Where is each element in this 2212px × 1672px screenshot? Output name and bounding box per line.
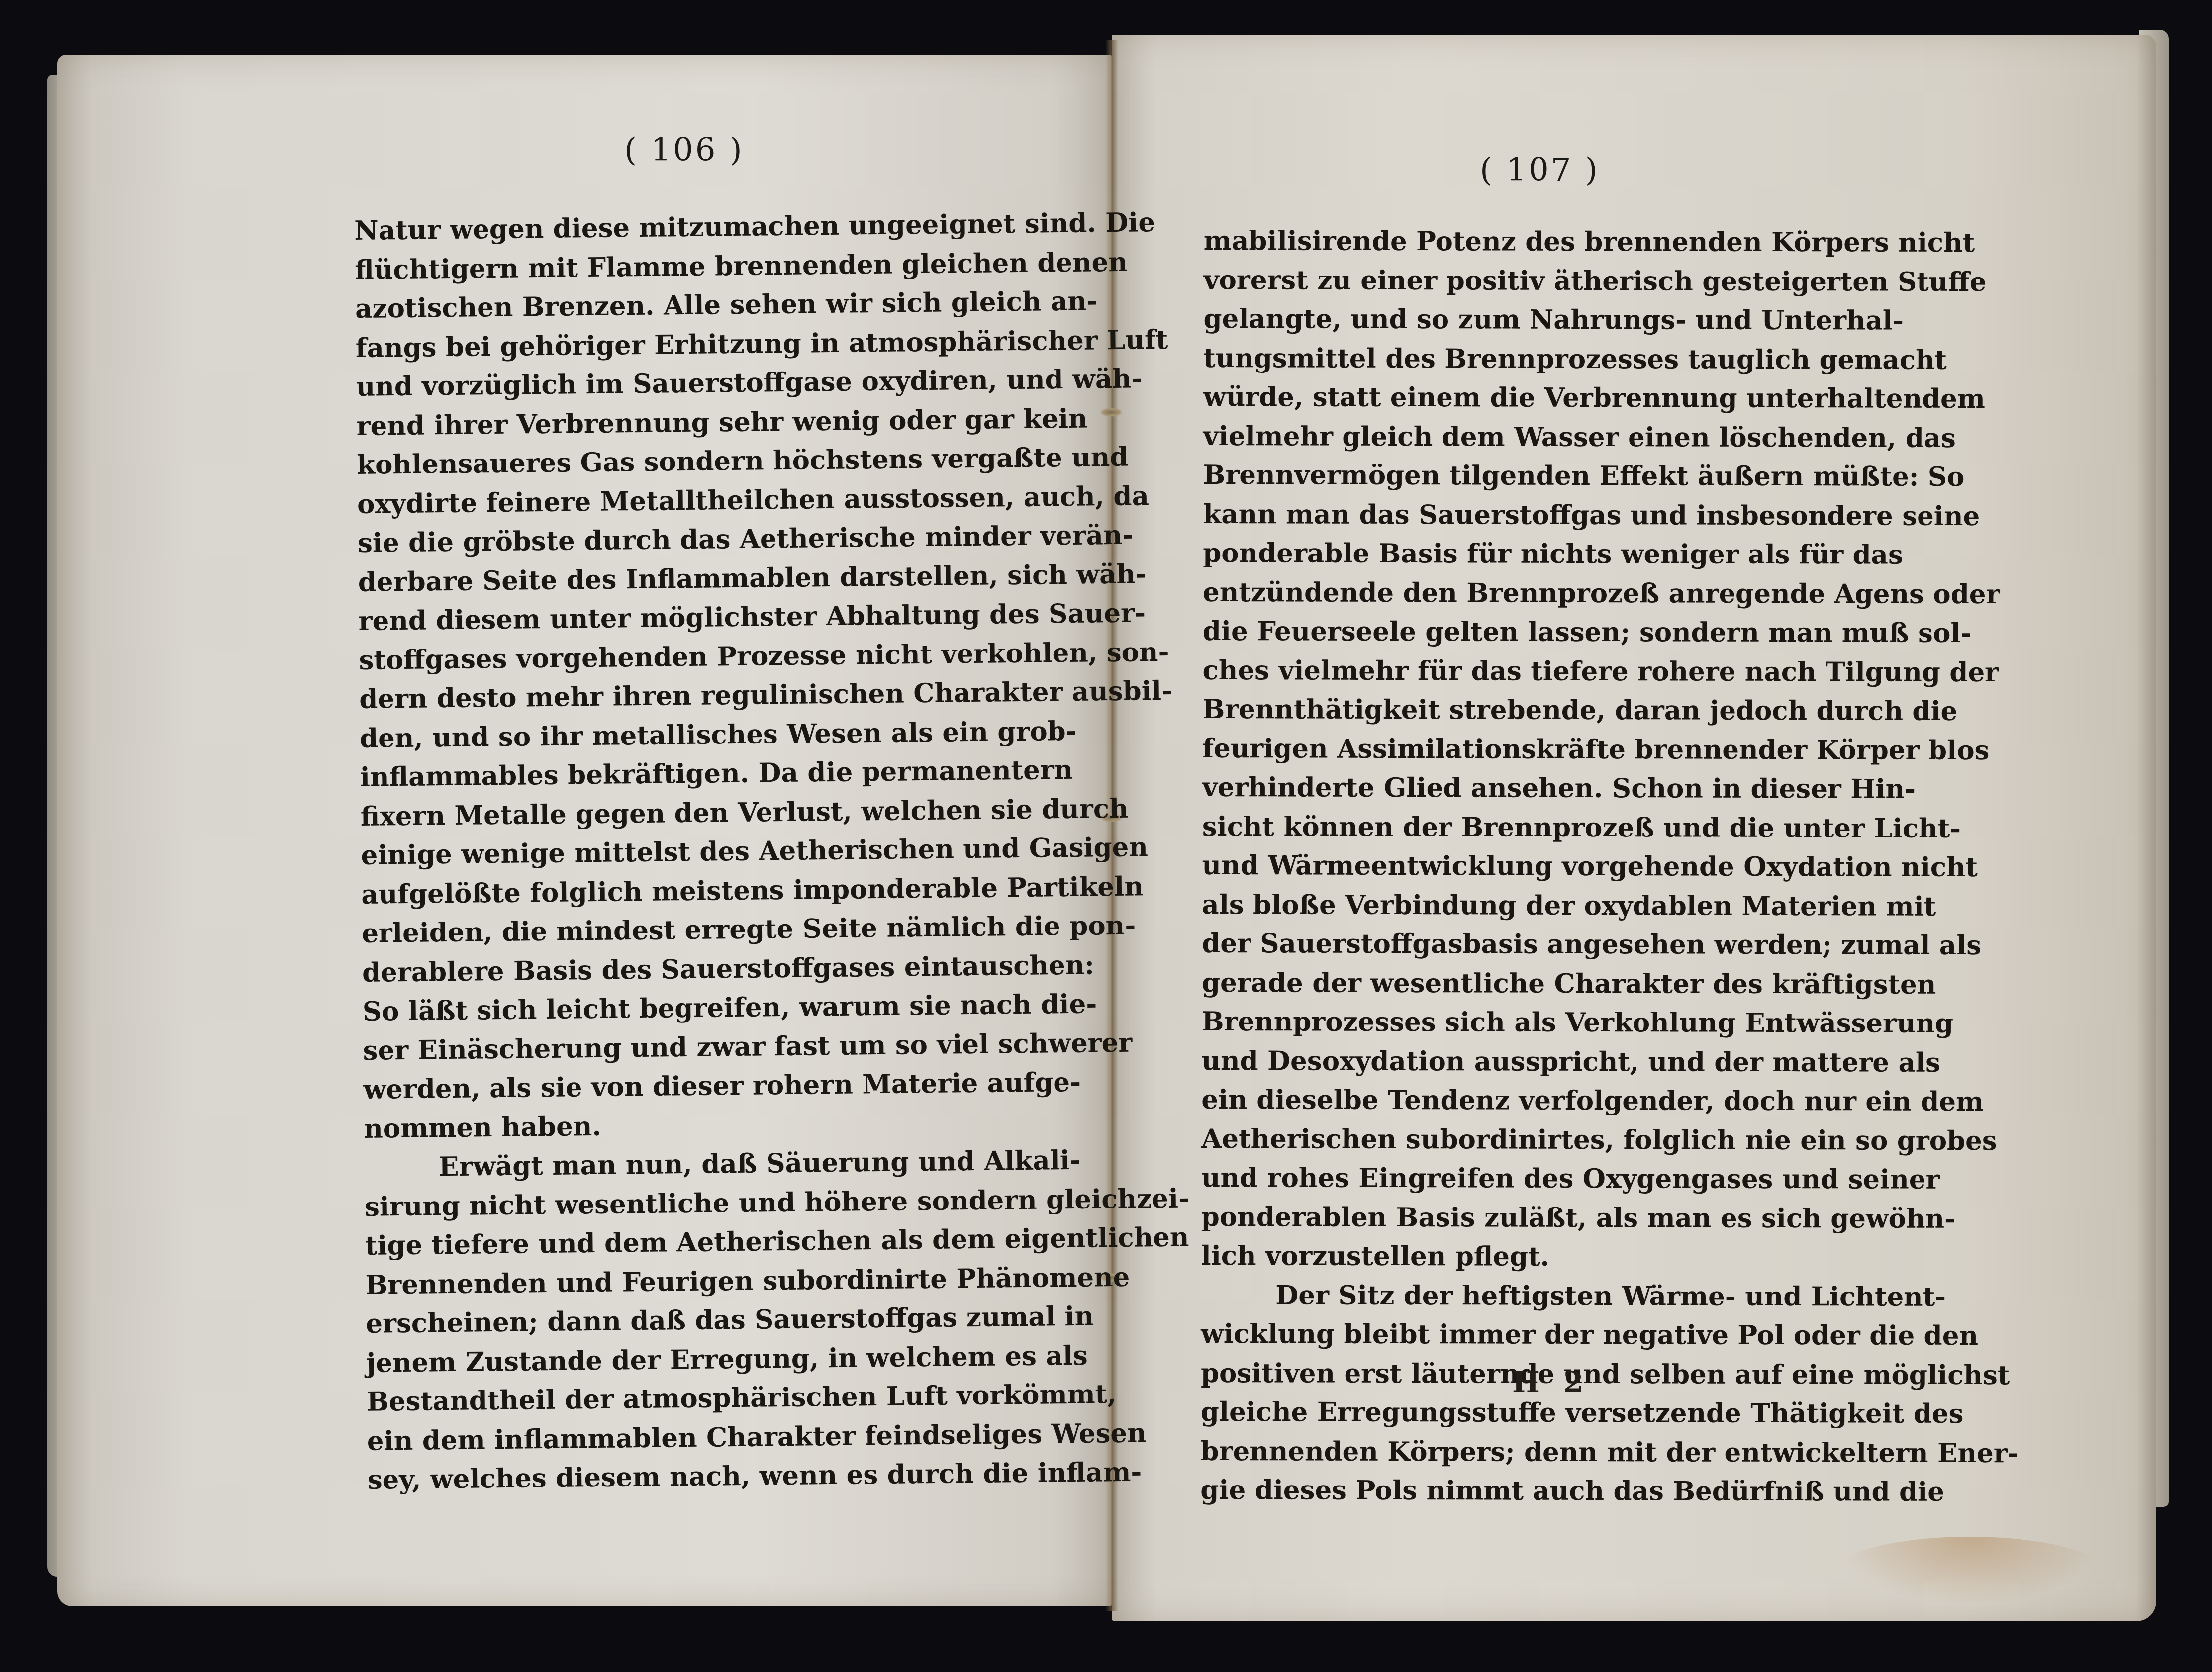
text-line: Natur wegen diese mitzumachen ungeeignet…: [354, 204, 1041, 251]
text-line: tige tiefere und dem Aetherischen als de…: [365, 1219, 1052, 1265]
text-line: werden, als sie von dieser rohern Materi…: [363, 1063, 1050, 1109]
signature-mark: H 2: [1512, 1365, 1590, 1399]
text-line: oxydirte feinere Metalltheilchen ausstos…: [357, 477, 1044, 524]
text-line: ponderablen Basis zuläßt, als man es sic…: [1201, 1197, 1870, 1238]
text-line: mabilisirende Potenz des brennenden Körp…: [1204, 221, 1873, 262]
text-line: derbare Seite des Inflammablen darstelle…: [358, 556, 1045, 602]
left-page-number: ( 106 ): [624, 132, 744, 169]
right-page-number: ( 107 ): [1480, 152, 1600, 188]
right-page-text: mabilisirende Potenz des brennenden Körp…: [1200, 221, 1873, 1511]
text-line: ches vielmehr für das tiefere rohere nac…: [1203, 650, 1872, 691]
text-line: Brennprozesses sich als Verkohlung Entwä…: [1202, 1002, 1871, 1043]
text-line: aufgelößte folglich meistens imponderabl…: [361, 868, 1048, 914]
water-stain: [1835, 1537, 2104, 1606]
text-line: nommen haben.: [364, 1102, 1051, 1148]
text-line: und Wärmeentwicklung vorgehende Oxydatio…: [1202, 846, 1871, 887]
text-line: würde, statt einem die Verbrennung unter…: [1203, 377, 1872, 418]
text-line: tungsmittel des Brennprozesses tauglich …: [1203, 338, 1872, 379]
text-line: wicklung bleibt immer der negative Pol o…: [1201, 1314, 1870, 1355]
text-line: als bloße Verbindung der oxydablen Mater…: [1202, 885, 1871, 926]
text-line: ser Einäscherung und zwar fast um so vie…: [363, 1024, 1050, 1070]
text-line: sey, welches diesem nach, wenn es durch …: [367, 1453, 1054, 1499]
text-line: fangs bei gehöriger Erhitzung in atmosph…: [355, 321, 1042, 368]
text-line: erscheinen; dann daß das Sauerstoffgas z…: [366, 1297, 1053, 1343]
text-line: Brennthätigkeit strebende, daran jedoch …: [1202, 690, 1871, 731]
text-line: jenem Zustande der Erregung, in welchem …: [366, 1336, 1053, 1383]
text-line: sirung nicht wesentliche und höhere sond…: [365, 1180, 1052, 1226]
text-line: flüchtigern mit Flamme brennenden gleich…: [355, 243, 1042, 289]
text-line: ponderable Basis für nichts weniger als …: [1203, 534, 1872, 574]
text-line: verhinderte Glied ansehen. Schon in dies…: [1202, 768, 1871, 809]
text-line: und rohes Eingreifen des Oxygengases und…: [1201, 1158, 1870, 1199]
text-line: die Feuerseele gelten lassen; sondern ma…: [1203, 612, 1872, 652]
text-line: sie die gröbste durch das Aetherische mi…: [358, 517, 1045, 563]
text-line: einige wenige mittelst des Aetherischen …: [361, 829, 1048, 875]
text-line: Der Sitz der heftigsten Wärme- und Licht…: [1201, 1275, 1870, 1316]
left-page-text: Natur wegen diese mitzumachen ungeeignet…: [354, 204, 1054, 1500]
text-line: Erwägt man nun, daß Säuerung und Alkali-: [364, 1141, 1051, 1187]
text-line: erleiden, die mindest erregte Seite näml…: [362, 907, 1049, 953]
text-line: den, und so ihr metallisches Wesen als e…: [360, 712, 1047, 758]
text-line: vorerst zu einer positiv ätherisch geste…: [1204, 260, 1873, 301]
text-line: gerade der wesentliche Charakter des krä…: [1202, 963, 1871, 1004]
text-line: kann man das Sauerstoffgas und insbesond…: [1203, 494, 1872, 535]
text-line: der Sauerstoffgasbasis angesehen werden;…: [1202, 924, 1871, 965]
binding-stitch-icon: [1100, 408, 1122, 417]
text-line: feurigen Assimilationskräfte brennender …: [1202, 729, 1871, 769]
text-line: Bestandtheil der atmosphärischen Luft vo…: [367, 1375, 1054, 1421]
text-line: sicht können der Brennprozeß und die unt…: [1202, 807, 1871, 847]
text-line: vielmehr gleich dem Wasser einen löschen…: [1203, 416, 1872, 457]
text-line: und vorzüglich im Sauerstoffgase oxydire…: [356, 361, 1043, 407]
text-line: entzündende den Brennprozeß anregende Ag…: [1203, 572, 1872, 613]
open-book: ( 106 ) ( 107 ) Natur wegen diese mitzum…: [0, 0, 2212, 1672]
text-line: brennenden Körpers; denn mit der entwick…: [1200, 1431, 1869, 1472]
text-line: dern desto mehr ihren regulinischen Char…: [359, 672, 1046, 719]
text-line: ein dem inflammablen Charakter feindseli…: [367, 1414, 1054, 1461]
text-line: Brennvermögen tilgenden Effekt äußern mü…: [1203, 456, 1872, 496]
text-line: lich vorzustellen pflegt.: [1201, 1236, 1870, 1277]
text-line: So läßt sich leicht begreifen, warum sie…: [362, 985, 1049, 1031]
text-line: kohlensaueres Gas sondern höchstens verg…: [357, 439, 1044, 485]
text-line: fixern Metalle gegen den Verlust, welche…: [360, 790, 1047, 836]
text-line: stoffgases vorgehenden Prozesse nicht ve…: [359, 634, 1046, 680]
text-line: Brennenden und Feurigen subordinirte Phä…: [365, 1258, 1052, 1304]
text-line: gelangte, und so zum Nahrungs- und Unter…: [1203, 299, 1872, 340]
text-line: azotischen Brenzen. Alle sehen wir sich …: [355, 282, 1042, 329]
text-line: ein dieselbe Tendenz verfolgender, doch …: [1201, 1080, 1870, 1121]
text-line: und Desoxydation ausspricht, und der mat…: [1201, 1041, 1870, 1082]
text-line: rend ihrer Verbrennung sehr wenig oder g…: [356, 399, 1043, 446]
text-line: gie dieses Pols nimmt auch das Bedürfniß…: [1200, 1471, 1869, 1511]
text-line: derablere Basis des Sauerstoffgases eint…: [362, 946, 1049, 992]
text-line: rend diesem unter möglichster Abhaltung …: [358, 595, 1045, 641]
text-line: inflammables bekräftigen. Da die permane…: [360, 750, 1047, 797]
text-line: Aetherischen subordinirtes, folglich nie…: [1201, 1119, 1870, 1160]
